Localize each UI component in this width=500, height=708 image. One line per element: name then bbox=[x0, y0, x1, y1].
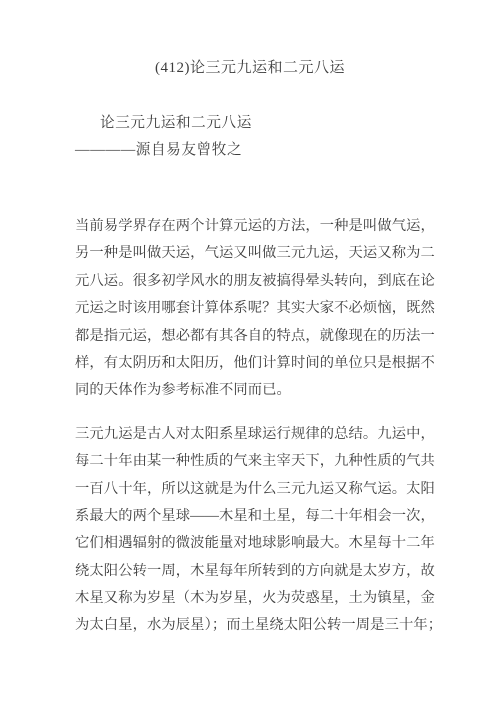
text-line: 三元九运是古人对太阳系星球运行规律的总结。九运中， bbox=[75, 421, 437, 448]
source-byline: ————源自易友曾牧之 bbox=[0, 140, 500, 161]
text-line: 都是指元运，想必都有其各自的特点，就像现在的历法一 bbox=[75, 323, 437, 350]
text-line: 当前易学界存在两个计算元运的方法，一种是叫做气运， bbox=[75, 213, 437, 240]
text-line: 元运之时该用哪套计算体系呢？其实大家不必烦恼，既然 bbox=[75, 295, 437, 322]
text-line: 每二十年由某一种性质的气来主宰天下，九种性质的气共 bbox=[75, 448, 437, 475]
text-line: 样，有太阴历和太阳历，他们计算时间的单位只是根据不 bbox=[75, 350, 437, 377]
text-line: 同的天体作为参考标准不同而已。 bbox=[75, 377, 437, 404]
paragraph-2: 三元九运是古人对太阳系星球运行规律的总结。九运中，每二十年由某一种性质的气来主宰… bbox=[75, 421, 437, 640]
text-line: 元八运。很多初学风水的朋友被搞得晕头转向，到底在论 bbox=[75, 268, 437, 295]
text-line: 一百八十年，所以这就是为什么三元九运又称气运。太阳 bbox=[75, 476, 437, 503]
section-heading: 论三元九运和二元八运 bbox=[0, 113, 500, 134]
text-line: 它们相遇辐射的微波能量对地球影响最大。木星每十二年 bbox=[75, 530, 437, 557]
text-line: 为太白星，水为辰星）；而土星绕太阳公转一周是三十年； bbox=[75, 612, 437, 639]
document-title: (412)论三元九运和二元八运 bbox=[0, 0, 500, 80]
text-line: 绕太阳公转一周，木星每年所转到的方向就是太岁方，故 bbox=[75, 558, 437, 585]
document-page: (412)论三元九运和二元八运 论三元九运和二元八运 ————源自易友曾牧之 当… bbox=[0, 0, 500, 708]
text-line: 木星又称为岁星（木为岁星，火为荧惑星，土为镇星，金 bbox=[75, 585, 437, 612]
text-line: 另一种是叫做天运，气运又叫做三元九运，天运又称为二 bbox=[75, 240, 437, 267]
paragraph-1: 当前易学界存在两个计算元运的方法，一种是叫做气运，另一种是叫做天运，气运又叫做三… bbox=[75, 213, 437, 405]
text-line: 系最大的两个星球——木星和土星，每二十年相会一次， bbox=[75, 503, 437, 530]
